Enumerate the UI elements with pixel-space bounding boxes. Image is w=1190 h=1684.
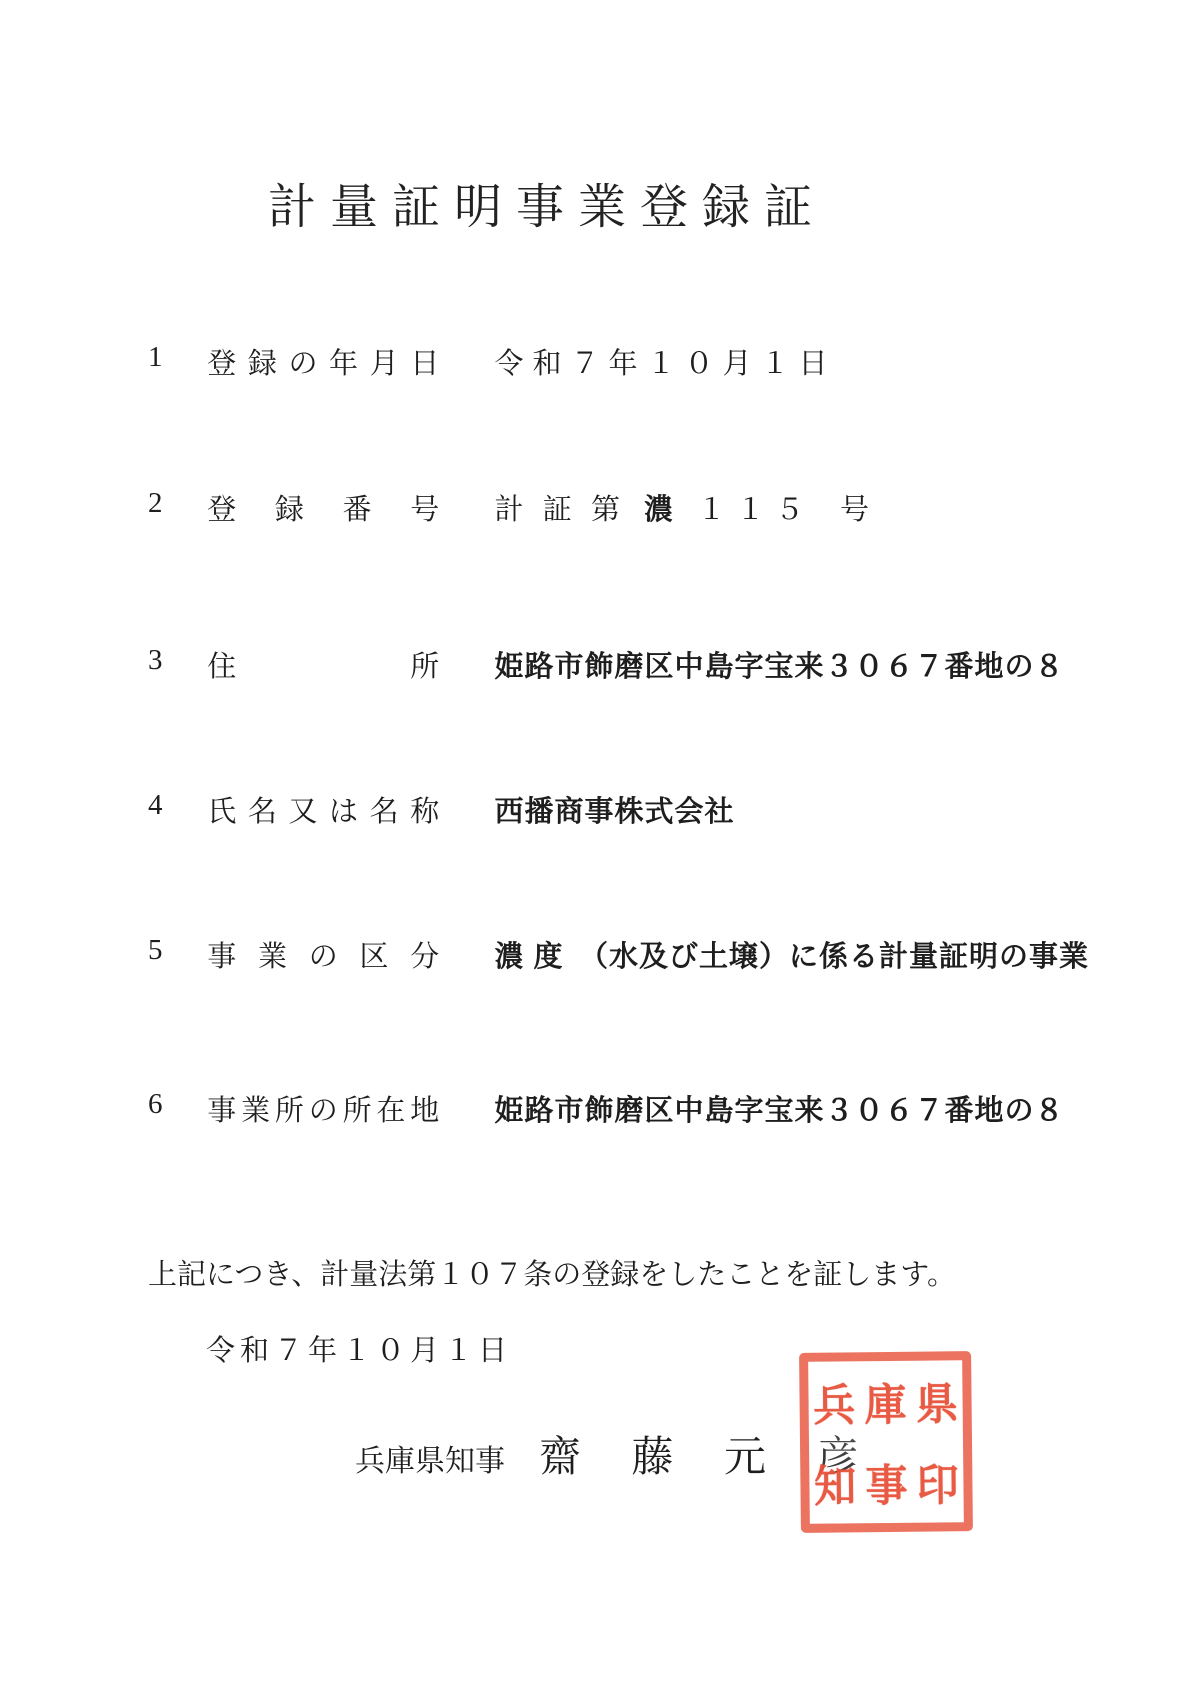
row-value: 令和７年１０月１日	[495, 348, 837, 380]
row-office-location: 6 事業所の所在地 姫路市飾磨区中島字宝来３０６７番地の８	[148, 1088, 1065, 1129]
row-registration-date: 1 登録の年月日 令和７年１０月１日	[148, 341, 837, 382]
row-business-category: 5 事業の区分 濃 度 （水及び土壌）に係る計量証明の事業	[148, 934, 1089, 975]
row-registration-number: 2 登録番号 計 証 第濃１１５号	[148, 487, 875, 528]
row-label: 登録番号	[207, 487, 439, 528]
row-value: 西播商事株式会社	[495, 796, 735, 828]
row-number: 2	[148, 487, 200, 520]
registration-number-prefix: 計 証 第	[495, 494, 627, 526]
row-name: 4 氏名又は名称 西播商事株式会社	[148, 789, 735, 830]
certification-statement: 上記につき、計量法第１０７条の登録をしたことを証します。	[148, 1252, 956, 1293]
registration-number-digits: １１５	[697, 494, 814, 526]
row-value: 濃 度 （水及び土壌）に係る計量証明の事業	[495, 941, 1090, 973]
registration-number-suffix: 号	[840, 494, 875, 526]
row-value: 姫路市飾磨区中島字宝来３０６７番地の８	[495, 1095, 1065, 1127]
row-label: 事業所の所在地	[207, 1088, 439, 1129]
certificate-page: 計量証明事業登録証 1 登録の年月日 令和７年１０月１日 2 登録番号 計 証 …	[0, 0, 1190, 1684]
row-number: 3	[148, 644, 200, 677]
row-value: 姫路市飾磨区中島字宝来３０６７番地の８	[495, 651, 1065, 683]
row-address: 3 住所 姫路市飾磨区中島字宝来３０６７番地の８	[148, 644, 1065, 685]
row-label: 登録の年月日	[207, 341, 439, 382]
seal-character: 知	[809, 1440, 861, 1526]
issue-date: 令和７年１０月１日	[206, 1328, 512, 1369]
seal-character: 事	[860, 1440, 912, 1526]
seal-character: 兵	[808, 1359, 860, 1445]
row-number: 1	[148, 341, 200, 374]
row-number: 5	[148, 934, 200, 967]
row-value: 計 証 第濃１１５号	[495, 494, 876, 526]
row-label: 住所	[207, 644, 439, 685]
seal-character: 庫	[859, 1359, 911, 1445]
signer-title: 兵庫県知事	[355, 1445, 505, 1478]
seal-character: 県	[911, 1358, 963, 1444]
row-label: 事業の区分	[207, 934, 439, 975]
seal-character: 印	[912, 1439, 964, 1525]
document-title: 計量証明事業登録証	[0, 168, 1190, 237]
row-label: 氏名又は名称	[207, 789, 439, 830]
row-number: 4	[148, 789, 200, 822]
row-number: 6	[148, 1088, 200, 1121]
governor-seal-stamp: 兵 庫 県 知 事 印	[799, 1351, 973, 1533]
registration-number-category: 濃	[644, 494, 679, 526]
